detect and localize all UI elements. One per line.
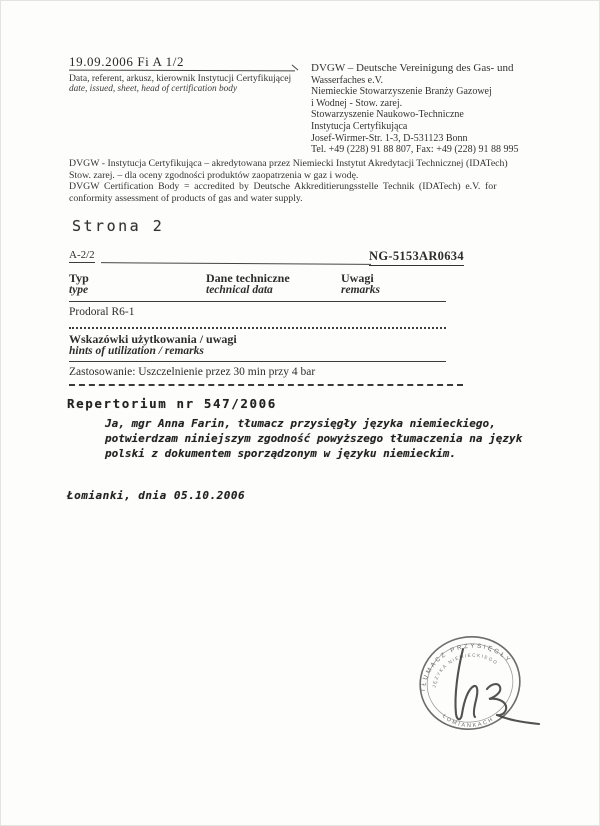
address-line: DVGW – Deutsche Vereinigung des Gas- und	[311, 63, 519, 75]
date-reference-line: 19.09.2006 Fi A 1/2	[69, 54, 184, 70]
accreditation-pl-line2: Stow. zarej. – dla oceny zgodności produ…	[69, 170, 508, 182]
address-line: Niemieckie Stowarzyszenie Branży Gazowej	[311, 86, 519, 98]
declaration-line: polski z dokumentem sporządzonym w język…	[105, 447, 522, 462]
column-header-technical-en: technical data	[206, 284, 273, 296]
address-line: Josef-Wirmer-Str. 1-3, D-531123 Bonn	[311, 133, 519, 145]
product-row-rule	[69, 327, 446, 329]
scanned-document-page: 19.09.2006 Fi A 1/2 Data, referent, arku…	[0, 0, 600, 826]
accreditation-en-line1: DVGW Certification Body = accredited by …	[69, 181, 508, 193]
column-header-type-en: type	[69, 284, 88, 296]
date-caption-pl: Data, referent, arkusz, kierownik Instyt…	[69, 73, 291, 84]
accreditation-pl-line1: DVGW - Instytucja Certyfikująca – akredy…	[69, 158, 508, 170]
stamp-arc-bottom-text: ŁOMIANKACH	[440, 704, 496, 736]
application-text: Zastosowanie: Uszczelnienie przez 30 min…	[69, 366, 315, 378]
repertorium-number: Repertorium nr 547/2006	[67, 396, 277, 411]
stamp-outer-ring-blur	[413, 630, 526, 737]
address-line: Tel. +49 (228) 91 88 807, Fax: +49 (228)…	[311, 144, 519, 156]
page-number-label: Strona 2	[72, 217, 164, 235]
declaration-line: Ja, mgr Anna Farin, tłumacz przysięgły j…	[105, 417, 522, 432]
reference-rule	[101, 262, 371, 265]
dvgw-address-block: DVGW – Deutsche Vereinigung des Gas- und…	[311, 63, 519, 156]
date-underline	[69, 70, 295, 72]
reference-left: A-2/2	[69, 249, 95, 263]
accreditation-en-line2: conformity assessment of products of gas…	[69, 193, 508, 205]
notary-stamp: TŁUMACZ PRZYSIĘGŁY JĘZYKA NIEMIECKIEGO Ł…	[399, 627, 564, 742]
stamp-arc-top-text: TŁUMACZ PRZYSIĘGŁY	[412, 634, 516, 694]
address-line: Stowarzyszenie Naukowo-Techniczne	[311, 109, 519, 121]
address-line: i Wodnej - Stow. zarej.	[311, 98, 519, 110]
table-header-rule	[69, 301, 446, 302]
address-line: Instytucja Certyfikująca	[311, 121, 519, 133]
hints-heading-en: hints of utilization / remarks	[69, 345, 204, 357]
product-name: Prodoral R6-1	[69, 306, 134, 318]
date-caption-en: date, issued, sheet, head of certificati…	[69, 84, 237, 94]
stamp-outer-ring	[412, 628, 529, 739]
declaration-line: potwierdzam niniejszym zgodność powyższe…	[105, 432, 522, 447]
accreditation-paragraph: DVGW - Instytucja Certyfikująca – akredy…	[69, 158, 508, 204]
hints-rule	[69, 361, 446, 362]
translator-declaration: Ja, mgr Anna Farin, tłumacz przysięgły j…	[105, 417, 522, 461]
certificate-number: NG-5153AR0634	[369, 249, 464, 266]
column-header-remarks-en: remarks	[341, 284, 380, 296]
application-rule	[69, 384, 463, 386]
stamp-arc-inner-text: JĘZYKA NIEMIECKIEGO	[426, 647, 502, 689]
stamp-seal: TŁUMACZ PRZYSIĘGŁY JĘZYKA NIEMIECKIEGO Ł…	[409, 627, 532, 741]
address-line: Wasserfaches e.V.	[311, 75, 519, 87]
place-date-line: Łomianki, dnia 05.10.2006	[67, 489, 245, 502]
